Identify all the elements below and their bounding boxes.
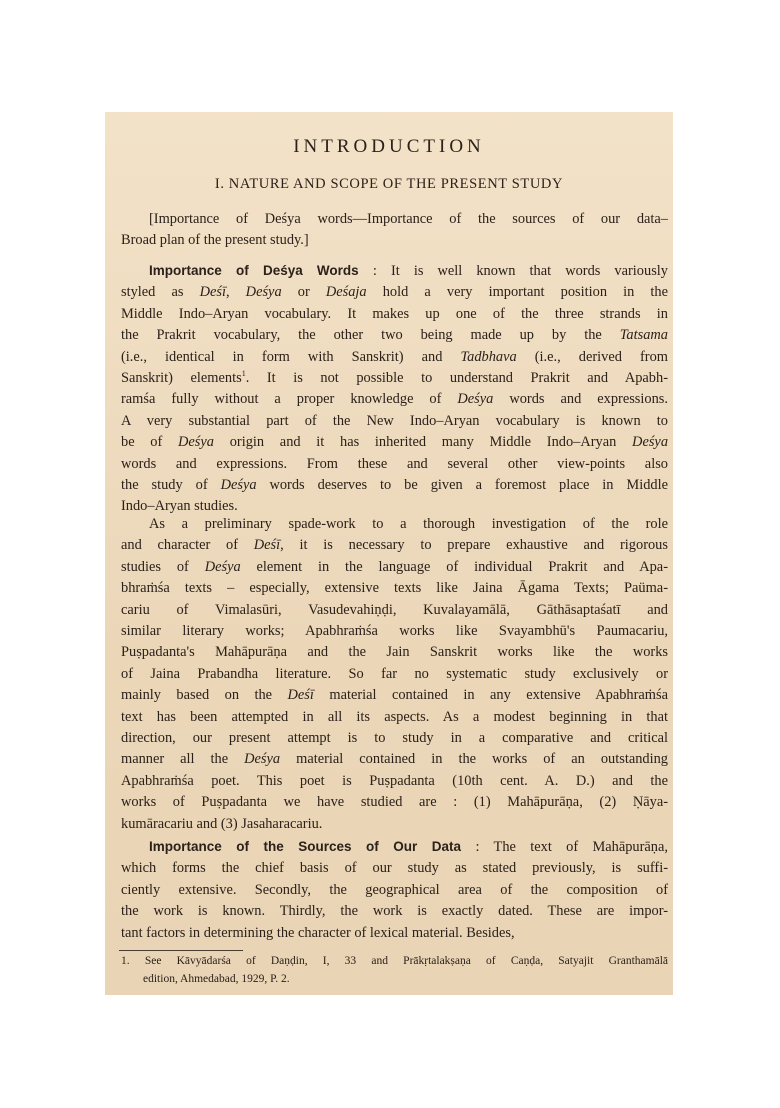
italic-term: Tatsama [620, 327, 668, 343]
paragraph-lead: Importance of Deśya Words [149, 263, 373, 278]
paragraph-lead: Importance of the Sources of Our Data [149, 839, 475, 854]
italic-term: Deśī [254, 537, 280, 553]
text-line: Importance of the Sources of Our Data : … [149, 838, 668, 856]
footnote-rule [119, 950, 243, 951]
footnote-marker: 1 [242, 369, 246, 378]
text-line: manner all the Deśya material contained … [121, 750, 668, 768]
text-line: bhraṁśa texts – especially, extensive te… [121, 579, 668, 597]
text-line: studies of Deśya element in the language… [121, 558, 668, 576]
italic-term: Deśya [246, 284, 282, 300]
text-line: kumāracariu and (3) Jasaharacariu. [121, 815, 668, 833]
text-line: similar literary works; Apabhraṁśa works… [121, 622, 668, 640]
italic-term: Deśī [288, 687, 314, 703]
text-line: styled as Deśī, Deśya or Deśaja hold a v… [121, 283, 668, 301]
text-line: Sanskrit) elements1. It is not possible … [121, 369, 668, 387]
page-title: INTRODUCTION [105, 136, 673, 158]
italic-term: Deśī [200, 284, 226, 300]
text-line: words and expressions. From these and se… [121, 455, 668, 473]
italic-term: Deśya [457, 391, 493, 407]
text-line: the Prakrit vocabulary, the other two be… [121, 326, 668, 344]
text-line: be of Deśya origin and it has inherited … [121, 433, 668, 451]
synopsis-line: [Importance of Deśya words—Importance of… [149, 210, 668, 228]
section-heading: I. NATURE AND SCOPE OF THE PRESENT STUDY [105, 176, 673, 193]
text-line: Indo–Aryan studies. [121, 497, 668, 515]
text-line: which forms the chief basis of our study… [121, 859, 668, 877]
italic-term: Deśya [178, 434, 214, 450]
text-line: cariu of Vimalasūri, Vasudevahiṇḍi, Kuva… [121, 601, 668, 619]
text-line: A very substantial part of the New Indo–… [121, 412, 668, 430]
italic-term: Deśya [221, 477, 257, 493]
text-line: mainly based on the Deśī material contai… [121, 686, 668, 704]
text-line: Puṣpadanta's Mahāpurāṇa and the Jain San… [121, 643, 668, 661]
text-line: (i.e., identical in form with Sanskrit) … [121, 348, 668, 366]
text-line: Importance of Deśya Words : It is well k… [149, 262, 668, 280]
italic-term: Deśya [632, 434, 668, 450]
text-line: Middle Indo–Aryan vocabulary. It makes u… [121, 305, 668, 323]
text-line: tant factors in determining the characte… [121, 924, 668, 942]
text-line: the work is known. Thirdly, the work is … [121, 902, 668, 920]
italic-term: Deśya [205, 559, 241, 575]
text-line: direction, our present attempt is to stu… [121, 729, 668, 747]
synopsis-line: Broad plan of the present study.] [121, 231, 668, 249]
text-line: ciently extensive. Secondly, the geograp… [121, 881, 668, 899]
footnote-line: 1. See Kāvyādarśa of Daṇḍin, I, 33 and P… [121, 954, 668, 969]
text-line: ramśa fully without a proper knowledge o… [121, 390, 668, 408]
text-line: Apabhraṁśa poet. This poet is Puṣpadanta… [121, 772, 668, 790]
italic-term: Deśya [244, 751, 280, 767]
text-line: As a preliminary spade-work to a thoroug… [149, 515, 668, 533]
text-line: text has been attempted in all its aspec… [121, 708, 668, 726]
italic-term: Tadbhava [460, 349, 516, 365]
text-line: works of Puṣpadanta we have studied are … [121, 793, 668, 811]
text-line: of Jaina Prabandha literature. So far no… [121, 665, 668, 683]
italic-term: Deśaja [326, 284, 367, 300]
footnote-line: edition, Ahmedabad, 1929, P. 2. [143, 972, 290, 987]
text-line: and character of Deśī, it is necessary t… [121, 536, 668, 554]
book-page: INTRODUCTION I. NATURE AND SCOPE OF THE … [105, 112, 673, 995]
text-line: the study of Deśya words deserves to be … [121, 476, 668, 494]
